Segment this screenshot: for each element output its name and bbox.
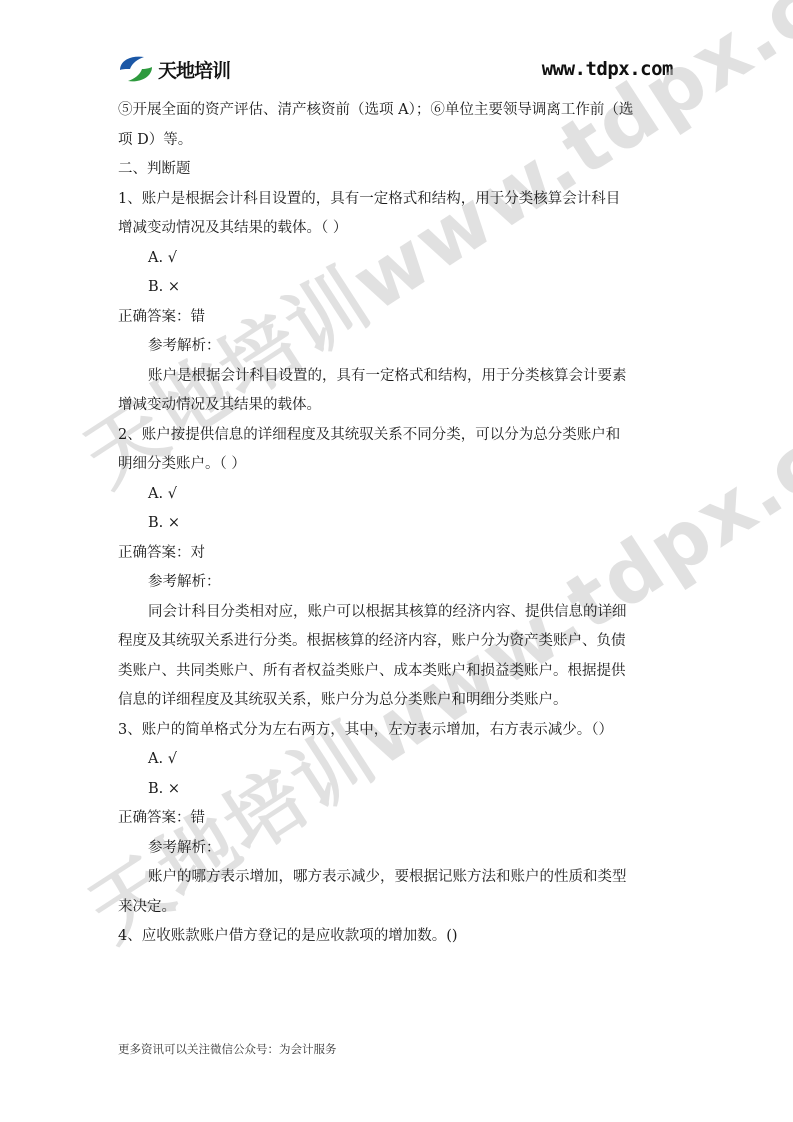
analysis-label: 参考解析： xyxy=(118,834,678,864)
option-a: A. √ xyxy=(118,745,678,775)
correct-answer: 正确答案：错 xyxy=(118,303,678,333)
option-a: A. √ xyxy=(118,244,678,274)
intro-line: 项 D）等。 xyxy=(118,126,678,156)
question-3: 3、账户的简单格式分为左右两方，其中，左方表示增加，右方表示减少。（） A. √… xyxy=(118,716,678,923)
question-stem: 1、账户是根据会计科目设置的，具有一定格式和结构，用于分类核算会计科目 xyxy=(118,185,678,215)
analysis-text: 同会计科目分类相对应，账户可以根据其核算的经济内容、提供信息的详细 xyxy=(118,598,678,628)
question-2: 2、账户按提供信息的详细程度及其统驭关系不同分类，可以分为总分类账户和 明细分类… xyxy=(118,421,678,716)
question-1: 1、账户是根据会计科目设置的，具有一定格式和结构，用于分类核算会计科目 增减变动… xyxy=(118,185,678,421)
option-b: B. × xyxy=(118,509,678,539)
analysis-text: 类账户、共同类账户、所有者权益类账户、成本类账户和损益类账户。根据提供 xyxy=(118,657,678,687)
brand-logo: 天地培训 xyxy=(118,54,230,84)
question-stem: 4、应收账款账户借方登记的是应收款项的增加数。() xyxy=(118,922,678,952)
page-header: 天地培训 www.tdpx.com xyxy=(118,52,673,88)
analysis-text: 账户是根据会计科目设置的，具有一定格式和结构，用于分类核算会计要素 xyxy=(118,362,678,392)
analysis-text: 信息的详细程度及其统驭关系，账户分为总分类账户和明细分类账户。 xyxy=(118,686,678,716)
section-title: 二、判断题 xyxy=(118,155,678,185)
analysis-label: 参考解析： xyxy=(118,568,678,598)
document-body: ⑤开展全面的资产评估、清产核资前（选项 A）；⑥单位主要领导调离工作前（选 项 … xyxy=(118,96,678,952)
question-stem: 明细分类账户。（ ） xyxy=(118,450,678,480)
analysis-text: 程度及其统驭关系进行分类。根据核算的经济内容，账户分为资产类账户、负债 xyxy=(118,627,678,657)
document-page: 天地培训 www.tdpx.com 天地培训www.tdpx.com 天地培训w… xyxy=(0,0,793,1122)
site-url: www.tdpx.com xyxy=(542,58,673,80)
option-b: B. × xyxy=(118,273,678,303)
question-stem: 增减变动情况及其结果的载体。（ ） xyxy=(118,214,678,244)
intro-line: ⑤开展全面的资产评估、清产核资前（选项 A）；⑥单位主要领导调离工作前（选 xyxy=(118,96,678,126)
analysis-text: 来决定。 xyxy=(118,893,678,923)
analysis-text: 账户的哪方表示增加，哪方表示减少，要根据记账方法和账户的性质和类型 xyxy=(118,863,678,893)
question-4: 4、应收账款账户借方登记的是应收款项的增加数。() xyxy=(118,922,678,952)
option-a: A. √ xyxy=(118,480,678,510)
logo-swirl-icon xyxy=(118,54,154,84)
correct-answer: 正确答案：错 xyxy=(118,804,678,834)
analysis-label: 参考解析： xyxy=(118,332,678,362)
analysis-text: 增减变动情况及其结果的载体。 xyxy=(118,391,678,421)
page-footer: 更多资讯可以关注微信公众号：为会计服务 xyxy=(118,1041,337,1057)
logo-text: 天地培训 xyxy=(158,56,230,83)
question-stem: 2、账户按提供信息的详细程度及其统驭关系不同分类，可以分为总分类账户和 xyxy=(118,421,678,451)
option-b: B. × xyxy=(118,775,678,805)
correct-answer: 正确答案：对 xyxy=(118,539,678,569)
question-stem: 3、账户的简单格式分为左右两方，其中，左方表示增加，右方表示减少。（） xyxy=(118,716,678,746)
